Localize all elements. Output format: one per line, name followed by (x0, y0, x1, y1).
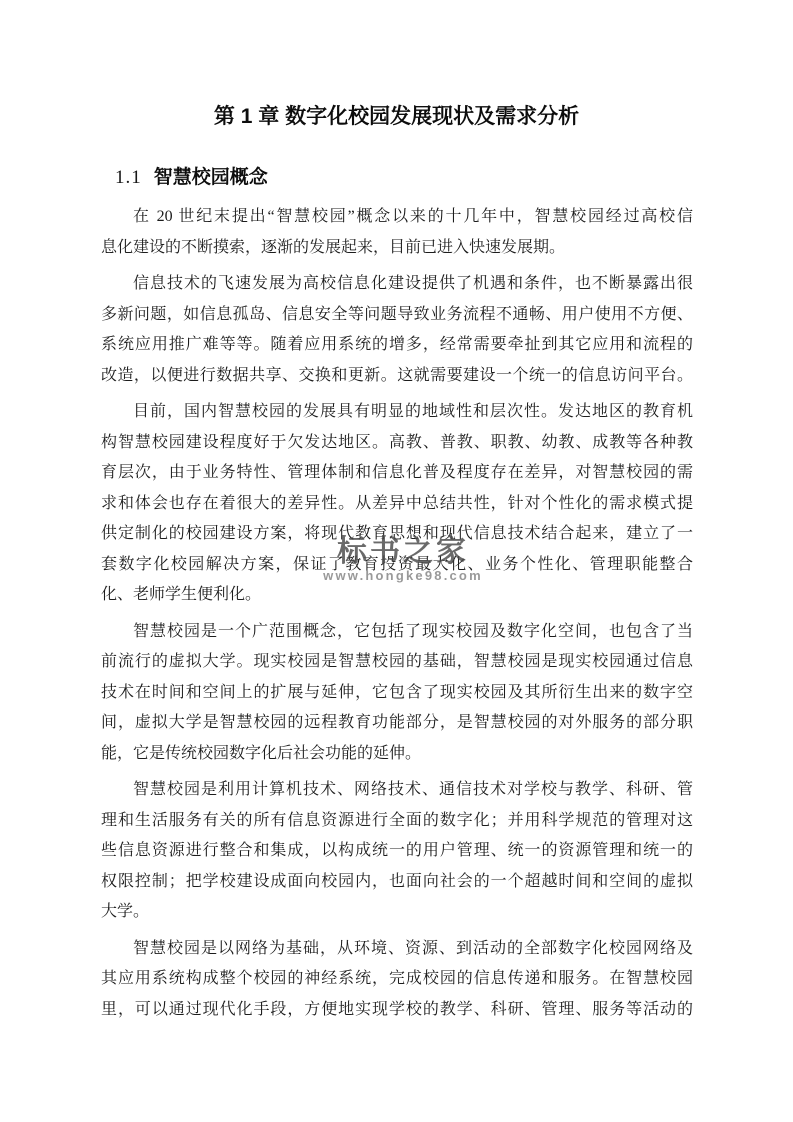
paragraph-line: 求和体会也存在着很大的差异性。从差异中总结共性，针对个性化的需求模式提 (101, 489, 693, 520)
paragraph-line: 能，它是传统校园数字化后社会功能的延伸。 (101, 739, 693, 770)
paragraph-line: 理和生活服务有关的所有信息资源进行全面的数字化；并用科学规范的管理对这 (101, 806, 693, 837)
paragraph-line: 系统应用推广难等等。随着应用系统的增多，经常需要牵扯到其它应用和流程的 (101, 330, 693, 361)
paragraph-line: 大学。 (101, 897, 693, 928)
paragraph-line: 育层次，由于业务特性、管理体制和信息化普及程度存在差异，对智慧校园的需 (101, 458, 693, 489)
paragraph-line: 供定制化的校园建设方案，将现代教育思想和现代信息技术结合起来，建立了一 (101, 519, 693, 550)
section-title: 智慧校园概念 (154, 167, 268, 188)
paragraph-line: 权限控制；把学校建设成面向校园内，也面向社会的一个超越时间和空间的虚拟 (101, 867, 693, 898)
section-number: 1.1 (115, 167, 142, 188)
paragraph-line: 息化建设的不断摸索，逐渐的发展起来，目前已进入快速发展期。 (101, 233, 693, 264)
paragraph: 智慧校园是利用计算机技术、网络技术、通信技术对学校与教学、科研、管理和生活服务有… (101, 775, 693, 928)
paragraph: 信息技术的飞速发展为高校信息化建设提供了机遇和条件，也不断暴露出很多新问题，如信… (101, 269, 693, 391)
paragraph-line: 构智慧校园建设程度好于欠发达地区。高教、普教、职教、幼教、成教等各种教 (101, 428, 693, 459)
paragraph-line: 改造，以便进行数据共享、交换和更新。这就需要建设一个统一的信息访问平台。 (101, 361, 693, 392)
chapter-title: 第 1 章 数字化校园发展现状及需求分析 (0, 102, 793, 132)
paragraph-line: 智慧校园是利用计算机技术、网络技术、通信技术对学校与教学、科研、管 (101, 775, 693, 806)
paragraph-line: 信息技术的飞速发展为高校信息化建设提供了机遇和条件，也不断暴露出很 (101, 269, 693, 300)
paragraph-line: 技术在时间和空间上的扩展与延伸，它包含了现实校园及其所衍生出来的数字空 (101, 678, 693, 709)
section-heading: 1.1智慧校园概念 (115, 165, 793, 191)
paragraph-line: 其应用系统构成整个校园的神经系统，完成校园的信息传递和服务。在智慧校园 (101, 964, 693, 995)
document-body: 在 20 世纪末提出“智慧校园”概念以来的十几年中，智慧校园经过高校信息化建设的… (101, 202, 693, 1025)
paragraph-line: 在 20 世纪末提出“智慧校园”概念以来的十几年中，智慧校园经过高校信 (101, 202, 693, 233)
paragraph-line: 前流行的虚拟大学。现实校园是智慧校园的基础，智慧校园是现实校园通过信息 (101, 647, 693, 678)
paragraph-line: 多新问题，如信息孤岛、信息安全等问题导致业务流程不通畅、用户使用不方便、 (101, 300, 693, 331)
paragraph-line: 智慧校园是以网络为基础，从环境、资源、到活动的全部数字化校园网络及 (101, 934, 693, 965)
paragraph-line: 里，可以通过现代化手段，方便地实现学校的教学、科研、管理、服务等活动的 (101, 995, 693, 1026)
document-page: 第 1 章 数字化校园发展现状及需求分析 1.1智慧校园概念 在 20 世纪末提… (0, 0, 793, 1122)
paragraph-line: 套数字化校园解决方案，保证了教育投资最大化、业务个性化、管理职能整合 (101, 550, 693, 581)
paragraph-line: 化、老师学生便利化。 (101, 580, 693, 611)
paragraph-line: 间，虚拟大学是智慧校园的远程教育功能部分，是智慧校园的对外服务的部分职 (101, 708, 693, 739)
paragraph-line: 目前，国内智慧校园的发展具有明显的地域性和层次性。发达地区的教育机 (101, 397, 693, 428)
paragraph: 智慧校园是一个广范围概念，它包括了现实校园及数字化空间，也包含了当前流行的虚拟大… (101, 617, 693, 770)
paragraph-line: 些信息资源进行整合和集成，以构成统一的用户管理、统一的资源管理和统一的 (101, 836, 693, 867)
paragraph: 智慧校园是以网络为基础，从环境、资源、到活动的全部数字化校园网络及其应用系统构成… (101, 934, 693, 1026)
paragraph: 在 20 世纪末提出“智慧校园”概念以来的十几年中，智慧校园经过高校信息化建设的… (101, 202, 693, 263)
paragraph-line: 智慧校园是一个广范围概念，它包括了现实校园及数字化空间，也包含了当 (101, 617, 693, 648)
paragraph: 目前，国内智慧校园的发展具有明显的地域性和层次性。发达地区的教育机构智慧校园建设… (101, 397, 693, 611)
